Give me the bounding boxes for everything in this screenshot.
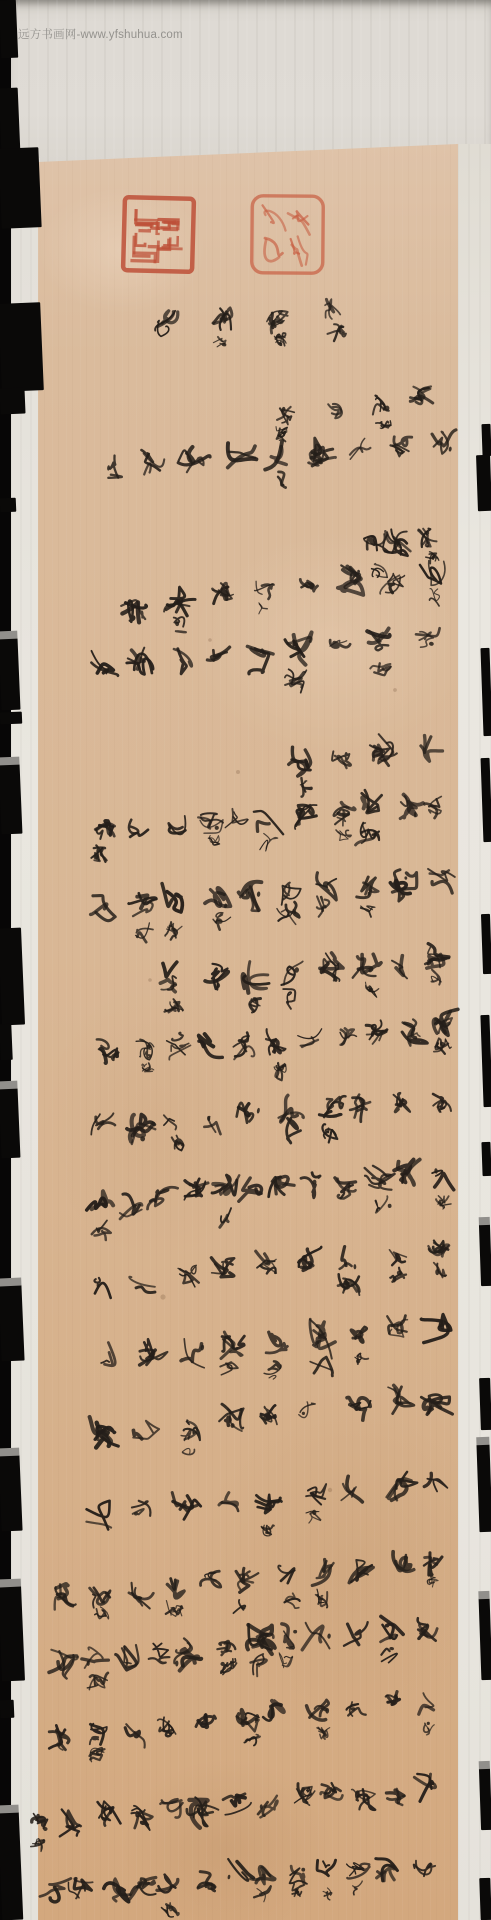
calligraphy-glyph [386,1470,418,1503]
calligraphy-glyph [91,895,116,921]
calligraphy-glyph [277,405,295,425]
calligraphy-glyph [414,625,439,649]
calligraphy-glyph [312,1559,333,1585]
calligraphy-glyph [367,733,400,767]
calligraphy-glyph [387,1315,408,1337]
calligraphy-glyph [320,1782,344,1800]
calligraphy-glyph [164,998,184,1016]
calligraphy-glyph [87,1671,108,1691]
calligraphy-glyph [254,810,283,836]
calligraphy-glyph [255,1494,281,1514]
calligraphy-glyph [244,1733,260,1746]
calligraphy-glyph [211,1258,234,1277]
calligraphy-glyph [125,1724,145,1748]
calligraphy-glyph [392,955,408,979]
paper-stain [328,1488,332,1492]
calligraphy-glyph [212,1174,239,1196]
calligraphy-glyph [436,1194,452,1210]
calligraphy-glyph [434,1262,446,1278]
calligraphy-glyph [287,747,313,778]
calligraphy-glyph [344,1619,368,1649]
calligraphy-glyph [298,1401,315,1419]
calligraphy-glyph [292,1883,305,1897]
calligraphy-glyph [68,1878,93,1899]
calligraphy-glyph [373,396,391,417]
calligraphy-glyph [361,905,376,918]
calligraphy-glyph [169,648,194,676]
calligraphy-glyph [389,1266,407,1284]
calligraphy-glyph [281,960,302,986]
calligraphy-glyph [217,1640,236,1655]
calligraphy-glyph [212,307,232,331]
calligraphy-glyph [127,820,149,840]
calligraphy-glyph [351,1789,376,1810]
calligraphy-glyph [180,1339,208,1368]
calligraphy-glyph [428,587,441,607]
calligraphy-glyph [239,1177,264,1206]
calligraphy-glyph [155,309,178,337]
calligraphy-glyph [433,1009,460,1036]
calligraphy-glyph [120,1194,143,1220]
calligraphy-glyph [259,603,268,614]
paper-stain [148,978,152,982]
calligraphy-glyph [263,1700,285,1721]
calligraphy-glyph [196,1713,216,1729]
calligraphy-glyph [220,1659,238,1675]
paper-stain [393,688,397,692]
calligraphy-glyph [94,1606,110,1619]
calligraphy-glyph [380,572,405,596]
calligraphy-glyph [367,628,390,650]
calligraphy-glyph [235,1709,259,1731]
calligraphy-glyph [225,443,258,471]
calligraphy-glyph [147,1184,177,1212]
calligraphy-glyph [249,1865,275,1885]
calligraphy-glyph [383,1384,416,1417]
calligraphy-glyph [385,1787,406,1805]
calligraphy-glyph [211,911,231,931]
calligraphy-glyph [212,582,234,604]
calligraphy-glyph [126,646,155,675]
calligraphy-glyph [421,1314,452,1343]
paper-stain [236,770,240,774]
calligraphy-glyph [353,952,382,981]
calligraphy-glyph [354,1352,369,1366]
calligraphy-glyph [106,455,124,479]
calligraphy-glyph [427,1575,438,1587]
calligraphy-glyph [219,1330,247,1358]
calligraphy-glyph [302,1623,332,1654]
calligraphy-glyph [425,551,439,564]
calligraphy-glyph [30,1838,45,1852]
calligraphy-glyph [376,421,391,429]
calligraphy-glyph [232,1032,254,1059]
calligraphy-glyph [381,1646,398,1664]
calligraphy-glyph [166,1601,183,1617]
calligraphy-glyph [420,735,443,762]
calligraphy-glyph [336,829,352,841]
calligraphy-glyph [402,1019,428,1046]
calligraphy-glyph [400,794,424,819]
calligraphy-glyph [284,1593,300,1608]
calligraphy-glyph [218,1208,232,1227]
calligraphy-glyph [120,599,147,623]
calligraphy-glyph [278,1653,293,1668]
calligraphy-glyph [298,1171,321,1198]
paper-stain [208,638,212,642]
calligraphy-glyph [219,1491,241,1511]
calligraphy-glyph [263,1029,288,1056]
calligraphy-glyph [424,796,442,819]
calligraphy-glyph [393,1093,410,1112]
calligraphy-glyph [269,1176,295,1198]
calligraphy-glyph [208,834,220,846]
paper-stain [160,1294,165,1299]
calligraphy-glyph [275,900,301,925]
calligraphy-glyph [129,1276,155,1293]
calligraphy-glyph [91,845,108,862]
calligraphy-glyph [417,528,438,548]
calligraphy-glyph [205,886,234,909]
calligraphy-glyph [293,804,318,829]
calligraphy-glyph [345,1396,371,1420]
calligraphy-glyph [84,1501,113,1532]
calligraphy-glyph [197,812,223,834]
calligraphy-glyph [130,1806,154,1831]
calligraphy-glyph [365,981,379,997]
calligraphy-glyph [89,1417,119,1448]
calligraphy-glyph [263,1360,281,1380]
calligraphy-glyph [156,1874,178,1893]
calligraphy-glyph [158,884,186,912]
calligraphy-glyph [390,436,412,457]
calligraphy-glyph [164,921,184,941]
calligraphy-glyph [97,1800,120,1826]
calligraphy-glyph [318,951,346,982]
calligraphy-glyph [172,1490,201,1520]
calligraphy-glyph [294,1783,315,1805]
calligraphy-glyph [198,1872,217,1891]
calligraphy-glyph [281,882,301,906]
calligraphy-glyph [161,1902,178,1917]
calligraphy-glyph [389,868,420,902]
calligraphy-glyph [262,441,286,470]
calligraphy-glyph [375,1857,398,1881]
calligraphy-glyph [138,1338,169,1369]
calligraphy-glyph [133,1420,160,1439]
calligraphy-glyph [223,1793,252,1815]
watermark-text: 远方书画网-www.yfshuhua.com [18,28,183,42]
calligraphy-glyph [160,962,177,992]
calligraphy-glyph [139,450,165,476]
calligraphy-glyph [385,1691,400,1705]
calligraphy-glyph [254,1883,271,1902]
calligraphy-glyph [340,1028,357,1045]
calligraphy-glyph [174,616,186,633]
calligraphy-glyph [332,751,352,768]
calligraphy-glyph [308,438,336,468]
calligraphy-glyph [313,1589,330,1607]
calligraphy-glyph [276,472,288,488]
calligraphy-glyph [283,989,295,1009]
calligraphy-glyph [432,1166,454,1192]
calligraphy-glyph [141,1062,155,1073]
calligraphy-glyph [339,1246,356,1269]
calligraphy-glyph [135,1039,154,1060]
calligraphy-glyph [232,1599,246,1613]
red-seal-impression [123,197,194,272]
calligraphy-glyph [127,892,157,920]
calligraphy-glyph [115,1645,139,1671]
photo-of-calligraphy-scroll: 远方书画网-www.yfshuhua.com [0,0,491,1920]
calligraphy-glyph [326,403,343,419]
calligraphy-glyph [219,1404,245,1431]
calligraphy-glyph [372,564,388,578]
calligraphy-glyph [148,1642,171,1665]
calligraphy-glyph [126,1114,156,1145]
calligraphy-glyph [421,1394,452,1417]
red-seal-impression [252,196,324,274]
calligraphy-glyph [164,585,197,617]
calligraphy-glyph [47,1650,79,1680]
calligraphy-glyph [206,647,231,661]
calligraphy-glyph [131,1500,150,1517]
calligraphy-glyph [349,1094,371,1123]
calligraphy-glyph [236,1102,261,1125]
calligraphy-glyph [260,1405,277,1425]
calligraphy-glyph [220,1362,238,1375]
calligraphy-glyph [430,968,442,985]
calligraphy-glyph [166,1032,192,1060]
calligraphy-glyph [332,1178,357,1200]
calligraphy-glyph [89,1112,116,1134]
calligraphy-glyph [290,1866,309,1884]
calligraphy-glyph [332,802,355,828]
calligraphy-glyph [278,1565,295,1584]
calligraphy-glyph [434,1038,452,1055]
calligraphy-glyph [89,1746,105,1762]
calligraphy-glyph [103,1878,131,1904]
calligraphy-glyph [316,1859,336,1877]
calligraphy-glyph [204,1115,221,1135]
calligraphy-glyph [337,1272,361,1298]
calligraphy-glyph [365,1020,387,1045]
calligraphy-glyph [129,1874,157,1903]
calligraphy-glyph [167,1578,184,1599]
calligraphy-glyph [306,1484,327,1505]
calligraphy-glyph [389,1249,406,1265]
calligraphy-glyph [416,1618,438,1641]
calligraphy-glyph [89,1724,107,1746]
calligraphy-glyph [97,1039,119,1063]
calligraphy-glyph [351,1327,368,1344]
calligraphy-glyph [31,1812,48,1832]
calligraphy-glyph [40,1876,71,1903]
calligraphy-glyph [338,565,365,595]
calligraphy-glyph [213,336,227,348]
calligraphy-glyph [300,579,317,592]
calligraphy-glyph [360,790,381,814]
calligraphy-glyph [310,1357,333,1378]
calligraphy-glyph [101,1342,119,1366]
calligraphy-glyph [249,998,261,1013]
calligraphy-glyph [274,426,288,442]
calligraphy-glyph [157,1717,177,1737]
calligraphy-glyph [357,876,380,901]
calligraphy-glyph [247,1624,275,1654]
calligraphy-glyph [266,310,290,333]
calligraphy-glyph [90,651,120,676]
calligraphy-glyph [423,1472,447,1492]
calligraphy-glyph [261,1525,274,1536]
calligraphy-glyph [246,643,276,674]
calligraphy-glyph [59,1809,80,1836]
calligraphy-glyph [266,1332,288,1354]
calligraphy-glyph [129,1582,154,1609]
calligraphy-glyph [390,1551,417,1573]
calligraphy-glyph [160,1798,184,1819]
calligraphy-glyph [284,631,312,665]
calligraphy-glyph [375,1196,392,1213]
calligraphy-glyph [428,1239,450,1257]
calligraphy-glyph [346,1701,366,1716]
calligraphy-glyph [170,1135,185,1151]
calligraphy-glyph [91,1218,113,1241]
calligraphy-glyph [307,1700,330,1720]
calligraphy-glyph [86,1191,113,1210]
calligraphy-glyph [284,668,307,693]
calligraphy-glyph [282,1623,298,1649]
calligraphy-glyph [322,1887,333,1900]
calligraphy-glyph [414,1861,436,1877]
calligraphy-glyph [174,1638,202,1671]
calligraphy-glyph [168,815,185,834]
calligraphy-glyph [260,833,278,852]
calligraphy-and-seals-layer [0,0,491,1920]
calligraphy-glyph [273,331,288,346]
calligraphy-glyph [341,1476,363,1502]
calligraphy-glyph [236,1568,258,1592]
calligraphy-glyph [317,1727,331,1739]
calligraphy-glyph [355,822,380,845]
calligraphy-glyph [425,944,451,971]
calligraphy-glyph [394,1159,420,1184]
calligraphy-glyph [379,1616,405,1643]
calligraphy-glyph [329,639,350,649]
calligraphy-glyph [272,1062,287,1081]
calligraphy-glyph [81,1647,108,1669]
calligraphy-glyph [321,1124,338,1143]
calligraphy-glyph [183,1178,209,1199]
calligraphy-glyph [352,1881,363,1895]
calligraphy-glyph [370,663,391,676]
calligraphy-glyph [163,1115,176,1129]
calligraphy-glyph [430,427,456,455]
calligraphy-glyph [349,1559,374,1584]
calligraphy-glyph [182,1448,194,1455]
calligraphy-glyph [327,324,346,341]
calligraphy-glyph [250,1654,268,1677]
calligraphy-glyph [348,438,371,459]
calligraphy-glyph [313,896,330,918]
calligraphy-glyph [324,299,341,320]
calligraphy-glyph [177,445,211,476]
calligraphy-glyph [296,1025,321,1049]
calligraphy-glyph [54,1583,76,1610]
calligraphy-glyph [384,529,412,556]
calligraphy-glyph [94,819,116,839]
calligraphy-glyph [419,1693,436,1716]
calligraphy-glyph [236,879,262,911]
calligraphy-glyph [283,1117,303,1144]
calligraphy-glyph [410,385,434,405]
calligraphy-glyph [420,559,447,587]
calligraphy-glyph [197,1033,225,1058]
calligraphy-glyph [181,1420,200,1441]
calligraphy-glyph [363,1165,395,1190]
calligraphy-glyph [319,1094,345,1118]
calligraphy-glyph [425,867,456,893]
calligraphy-glyph [178,1265,199,1287]
calligraphy-glyph [200,1571,221,1587]
calligraphy-glyph [258,1796,277,1818]
calligraphy-glyph [225,808,248,829]
calligraphy-glyph [135,923,153,943]
calligraphy-glyph [94,1278,111,1298]
calligraphy-glyph [300,777,313,797]
calligraphy-glyph [254,581,274,599]
calligraphy-glyph [90,1587,111,1608]
calligraphy-glyph [422,1552,442,1576]
calligraphy-glyph [303,1319,338,1358]
calligraphy-glyph [205,964,229,990]
calligraphy-glyph [184,1796,219,1830]
calligraphy-glyph [423,1722,434,1736]
calligraphy-glyph [414,1772,437,1801]
calligraphy-glyph [306,1509,321,1523]
calligraphy-glyph [298,1246,322,1271]
calligraphy-glyph [242,961,271,994]
calligraphy-glyph [433,1094,452,1112]
calligraphy-glyph [49,1725,69,1750]
calligraphy-glyph [347,1862,370,1878]
calligraphy-glyph [254,1251,278,1274]
